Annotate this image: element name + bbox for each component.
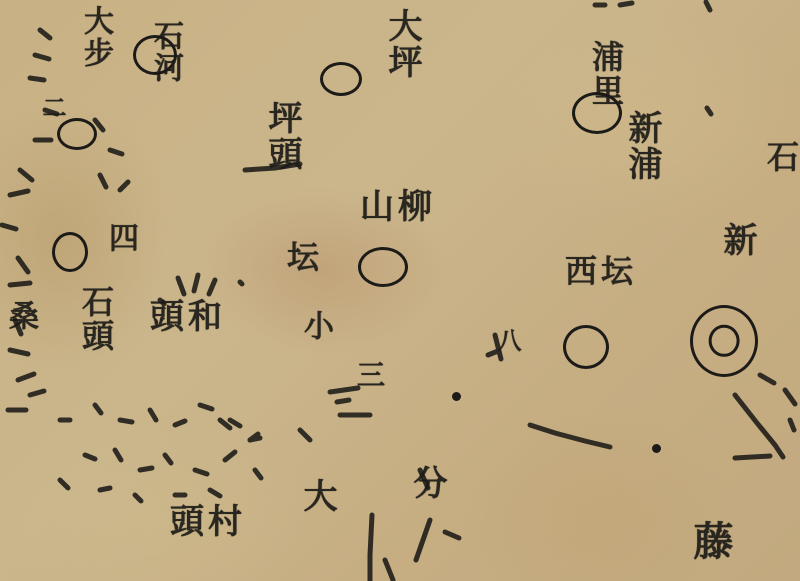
place-label-da-lower: 大 <box>300 478 334 514</box>
place-label-ping-tou: 坪頭 <box>265 100 299 172</box>
historical-map: 大坪 坪頭 浦里 新浦 山柳 西坛 新 坛 石河 大步 四 頭和 石頭 小 三 … <box>0 0 800 581</box>
place-label-da-ping: 大坪 <box>385 8 419 80</box>
point-marker <box>652 444 661 453</box>
place-label-tou-he: 頭和 <box>150 300 226 334</box>
place-label-xin-pu: 新浦 <box>625 110 659 182</box>
place-label-fen: 分 <box>410 465 444 501</box>
settlement-marker <box>563 325 609 369</box>
place-label-bottom-right: 藤 <box>690 520 730 562</box>
settlement-marker <box>358 247 408 287</box>
place-label-shi-he: 石河 <box>150 20 180 84</box>
place-label-sang: 桑 <box>5 300 35 332</box>
place-label-shi-right: 石 <box>765 140 797 174</box>
point-marker <box>452 392 461 401</box>
settlement-marker <box>52 232 88 272</box>
place-label-san: 三 <box>355 360 383 390</box>
place-label-da-bu: 大步 <box>80 5 110 69</box>
place-label-xi-tan: 西坛 <box>565 255 637 287</box>
place-label-pu-li: 浦里 <box>590 40 622 108</box>
map-ink-strokes <box>0 0 800 581</box>
place-label-xiao: 小 <box>300 310 330 342</box>
place-label-shi-tou: 石頭 <box>80 285 112 353</box>
place-label-si: 四 <box>105 222 135 254</box>
county-seat-marker <box>690 305 758 377</box>
numeral-mark: 二 <box>40 95 64 121</box>
place-label-tou-cun: 頭村 <box>170 505 246 539</box>
settlement-marker <box>57 118 97 150</box>
place-label-xin: 新 <box>720 222 754 258</box>
settlement-marker <box>320 62 362 96</box>
numeral-mark: 八 <box>495 328 519 354</box>
place-label-shan-liu: 山柳 <box>360 190 436 224</box>
place-label-tan: 坛 <box>285 240 317 274</box>
